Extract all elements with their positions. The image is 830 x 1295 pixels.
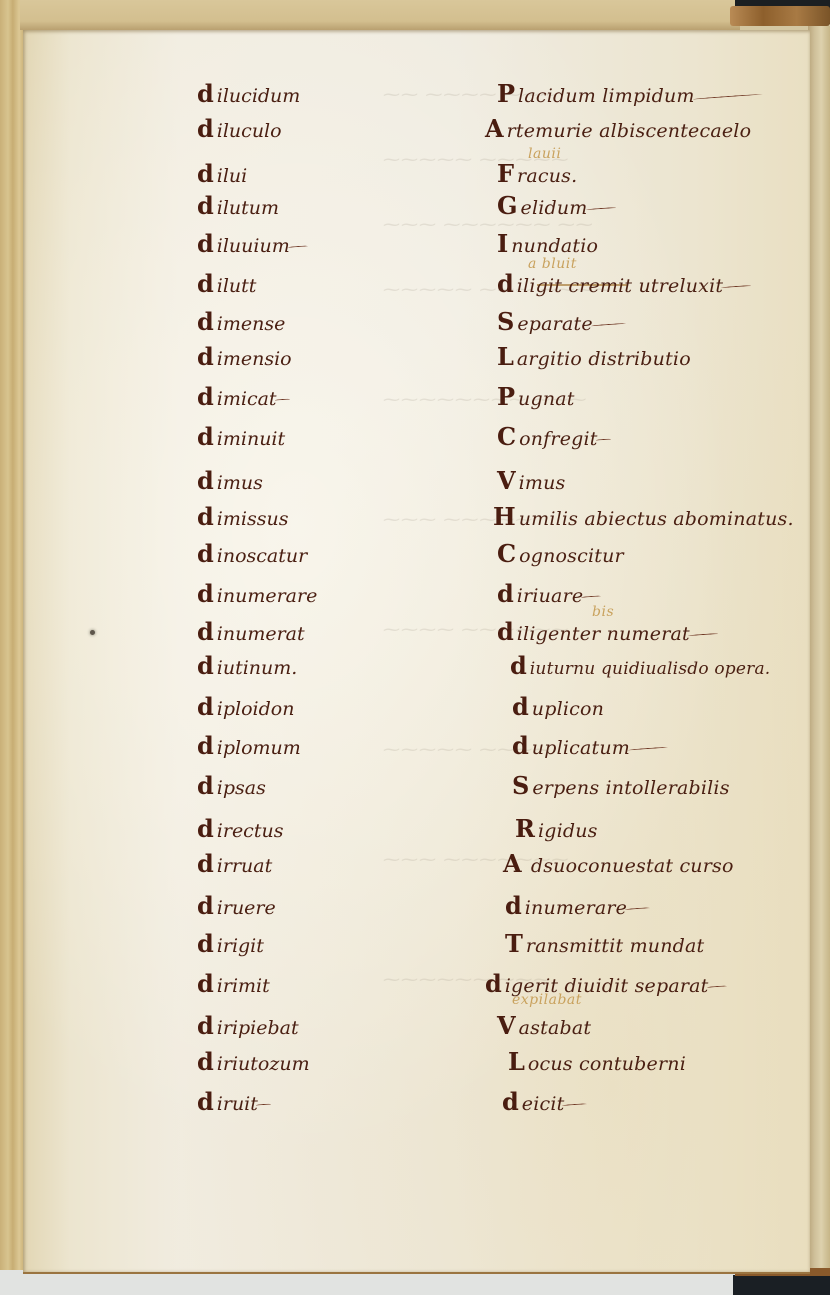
lemma-text: iruere xyxy=(217,897,276,919)
lemma-initial: d xyxy=(197,731,214,760)
line-flourish xyxy=(591,323,626,327)
glossary-entry: diutinum. diuturnu quidiualisdo opera. xyxy=(0,652,830,682)
gloss: Cognoscitur xyxy=(497,540,624,570)
lemma-text: irimit xyxy=(217,975,270,997)
lemma-text: ilucidum xyxy=(217,85,301,107)
gloss: diuturnu quidiualisdo opera. xyxy=(510,652,770,683)
glossary-entry: dilucidum Placidum limpidum xyxy=(0,80,830,110)
lemma-text: iplomum xyxy=(217,737,301,759)
lemma-initial: d xyxy=(197,969,214,998)
lemma-initial: d xyxy=(197,159,214,188)
lemma-initial: d xyxy=(197,539,214,568)
lemma: diriutozum xyxy=(197,1048,310,1078)
gloss-initial: L xyxy=(497,342,514,371)
gloss: Locus contuberni xyxy=(508,1048,686,1078)
glossary-entry: bis dinumerat diligenter numerat xyxy=(0,618,830,648)
lemma: dimensio xyxy=(197,343,292,373)
lemma: dinoscatur xyxy=(197,540,307,570)
lemma-initial: d xyxy=(197,307,214,336)
lemma: dilui xyxy=(197,160,247,190)
gloss-initial: V xyxy=(497,466,516,495)
gloss-text: uplicatum xyxy=(532,737,630,759)
gloss-text: eparate xyxy=(517,313,592,335)
gloss: Rigidus xyxy=(515,815,598,845)
gloss-initial: T xyxy=(505,929,523,958)
lemma-text: iluuium xyxy=(217,235,290,257)
gloss-text: ugnat xyxy=(518,388,575,410)
glossary-entry: diluuium Inundatio xyxy=(0,230,830,260)
gloss-initial: S xyxy=(497,307,514,336)
lemma: dimicat xyxy=(197,383,290,413)
gloss-initial: R xyxy=(515,814,535,843)
lemma: dinumerat xyxy=(197,618,305,648)
glossary-entry: dimense Separate xyxy=(0,308,830,338)
line-flourish xyxy=(562,1103,587,1107)
lemma-text: inoscatur xyxy=(217,545,307,567)
gloss-text: ransmittit mundat xyxy=(526,935,705,957)
lemma-initial: d xyxy=(197,579,214,608)
gloss-initial: F xyxy=(497,159,514,188)
gloss: diriuare xyxy=(497,580,601,610)
lemma-text: imissus xyxy=(217,508,289,530)
gloss-text: iligit cremit utreluxit xyxy=(517,275,723,297)
lemma-initial: d xyxy=(197,269,214,298)
lemma-text: iriutozum xyxy=(217,1053,310,1075)
interlinear-gloss-note: expilabat xyxy=(512,992,582,1008)
gloss: Placidum limpidum xyxy=(497,80,763,110)
lemma: diluuium xyxy=(197,230,308,260)
gloss: diligit cremit utreluxit xyxy=(497,270,751,300)
gloss-initial: d xyxy=(497,579,514,608)
lemma-text: ipsas xyxy=(217,777,266,799)
gloss-text: umilis abiectus abominatus. xyxy=(519,508,794,530)
gloss-text: astabat xyxy=(519,1017,592,1039)
gloss: Humilis abiectus abominatus. xyxy=(493,503,794,533)
gloss-text: ocus contuberni xyxy=(528,1053,686,1075)
lemma-text: irigit xyxy=(217,935,264,957)
lemma-text: imus xyxy=(217,472,263,494)
lemma-initial: d xyxy=(197,502,214,531)
gloss-initial: L xyxy=(508,1047,525,1076)
glossary-entry: dimensio Largitio distributio xyxy=(0,343,830,373)
gloss-text: iuturnu quidiualisdo opera. xyxy=(530,659,771,679)
gloss: Confregit xyxy=(497,423,611,453)
glossary-entry: dilutum Gelidum xyxy=(0,192,830,222)
gloss-text: racus. xyxy=(517,165,577,187)
lemma: dimense xyxy=(197,308,285,338)
lemma: dimissus xyxy=(197,503,288,533)
gloss: Serpens intollerabilis xyxy=(512,772,730,802)
lemma-initial: d xyxy=(197,114,214,143)
gloss: Largitio distributio xyxy=(497,343,691,373)
lemma-text: iruit xyxy=(217,1093,258,1115)
glossary-entry: diruere dinumerare xyxy=(0,892,830,922)
lemma: diploidon xyxy=(197,693,294,723)
lemma-initial: d xyxy=(197,692,214,721)
glossary-entry: a bluit dilutt diligit cremit utreluxit xyxy=(0,270,830,300)
gloss-text: imus xyxy=(519,472,566,494)
lemma-text: iripiebat xyxy=(217,1017,299,1039)
line-flourish xyxy=(288,245,308,248)
glossary-entry: dirimit digerit diuidit separat xyxy=(0,970,830,1000)
gloss: Separate xyxy=(497,308,626,338)
glossary-entry: dinoscatur Cognoscitur xyxy=(0,540,830,570)
gloss-initial: d xyxy=(485,969,502,998)
glossary-columns: dilucidum Placidum limpidum diluculo Art… xyxy=(0,0,830,1295)
lemma: dirigit xyxy=(197,930,264,960)
lemma-initial: d xyxy=(197,1011,214,1040)
lemma-text: ilutt xyxy=(217,275,257,297)
glossary-entry: diruit deicit xyxy=(0,1088,830,1118)
lemma-initial: d xyxy=(197,771,214,800)
lemma-text: iluculo xyxy=(217,120,282,142)
gloss-initial: C xyxy=(497,422,516,451)
gloss: Pugnat xyxy=(497,383,575,413)
lemma-initial: d xyxy=(197,891,214,920)
lemma-initial: d xyxy=(197,382,214,411)
gloss-initial: d xyxy=(512,692,529,721)
lemma-initial: d xyxy=(197,651,214,680)
glossary-entry: dirigit Transmittit mundat xyxy=(0,930,830,960)
lemma: dilucidum xyxy=(197,80,300,110)
lemma: diripiebat xyxy=(197,1012,299,1042)
glossary-entry: dimus Vimus xyxy=(0,467,830,497)
lemma-initial: d xyxy=(197,466,214,495)
lemma-text: ilui xyxy=(217,165,247,187)
lemma-initial: d xyxy=(197,814,214,843)
lemma: diruere xyxy=(197,892,276,922)
lemma-initial: d xyxy=(197,1047,214,1076)
line-flourish xyxy=(596,438,611,441)
glossary-entry: expilabat diripiebat Vastabat xyxy=(0,1012,830,1042)
gloss-initial: C xyxy=(497,539,516,568)
line-flourish xyxy=(581,595,601,598)
glossary-entry: diluculo Artemurie albiscentecaelo xyxy=(0,115,830,145)
line-flourish xyxy=(721,285,751,289)
lemma: diruit xyxy=(197,1088,271,1118)
lemma-initial: d xyxy=(197,617,214,646)
line-flourish xyxy=(275,398,290,401)
lemma-text: iminuit xyxy=(217,428,285,450)
gloss-initial: d xyxy=(510,651,527,680)
gloss: Vastabat xyxy=(497,1012,591,1042)
lemma: dilutum xyxy=(197,192,279,222)
glossary-entry: dimissus Humilis abiectus abominatus. xyxy=(0,503,830,533)
gloss: Transmittit mundat xyxy=(505,930,704,960)
glossary-entry: diriutozum Locus contuberni xyxy=(0,1048,830,1078)
gloss-initial: d xyxy=(512,731,529,760)
lemma-text: iploidon xyxy=(217,698,295,720)
gloss-initial: d xyxy=(497,617,514,646)
gloss-initial: I xyxy=(497,229,508,258)
gloss-text: ognoscitur xyxy=(519,545,624,567)
glossary-entry: dinumerare diriuare xyxy=(0,580,830,610)
gloss: deicit xyxy=(502,1088,587,1118)
lemma-text: irruat xyxy=(217,855,272,877)
lemma: dilutt xyxy=(197,270,256,300)
gloss: A dsuoconuestat curso xyxy=(503,850,734,880)
glossary-entry: directus Rigidus xyxy=(0,815,830,845)
lemma: dipsas xyxy=(197,772,266,802)
lemma: dirimit xyxy=(197,970,270,1000)
line-flourish xyxy=(256,1103,271,1106)
gloss: dinumerare xyxy=(505,892,650,922)
gloss: Fracus. xyxy=(497,160,577,190)
gloss: duplicon xyxy=(512,693,604,723)
gloss: duplicatum xyxy=(512,732,668,762)
gloss-initial: P xyxy=(497,382,515,411)
line-flourish xyxy=(693,94,763,101)
lemma-text: iutinum. xyxy=(217,657,298,679)
lemma: dirruat xyxy=(197,850,272,880)
gloss-initial: V xyxy=(497,1011,516,1040)
gloss-initial: S xyxy=(512,771,529,800)
glossary-entry: diminuit Confregit xyxy=(0,423,830,453)
gloss-text: dsuoconuestat curso xyxy=(525,855,734,877)
lemma: diminuit xyxy=(197,423,285,453)
lemma: dinumerare xyxy=(197,580,317,610)
gloss-initial: P xyxy=(497,79,515,108)
lemma: diluculo xyxy=(197,115,282,145)
gloss-initial: d xyxy=(497,269,514,298)
gloss: Gelidum xyxy=(497,192,616,222)
gloss-text: eicit xyxy=(522,1093,565,1115)
lemma-initial: d xyxy=(197,342,214,371)
gloss: Vimus xyxy=(497,467,566,497)
lemma-text: imicat xyxy=(217,388,277,410)
gloss-text: iriuare xyxy=(517,585,584,607)
lemma: dimus xyxy=(197,467,263,497)
gloss-text: rtemurie albiscentecaelo xyxy=(507,120,752,142)
gloss-initial: d xyxy=(502,1087,519,1116)
lemma-initial: d xyxy=(197,1087,214,1116)
lemma-initial: d xyxy=(197,229,214,258)
lemma: diplomum xyxy=(197,732,301,762)
gloss-text: onfregit xyxy=(519,428,598,450)
gloss-text: argitio distributio xyxy=(517,348,691,370)
glossary-entry: diplomum duplicatum xyxy=(0,732,830,762)
lemma-text: inumerare xyxy=(217,585,318,607)
glossary-entry: dipsas Serpens intollerabilis xyxy=(0,772,830,802)
glossary-entry: dirruat A dsuoconuestat curso xyxy=(0,850,830,880)
gloss-initial: G xyxy=(497,191,518,220)
gloss-initial: A xyxy=(503,849,522,878)
lemma-text: imensio xyxy=(217,348,292,370)
gloss-text: uplicon xyxy=(532,698,604,720)
line-flourish xyxy=(585,207,615,211)
lemma: diutinum. xyxy=(197,652,297,682)
gloss-initial: d xyxy=(505,891,522,920)
lemma-initial: d xyxy=(197,191,214,220)
gloss: diligenter numerat xyxy=(497,618,718,648)
lemma-initial: d xyxy=(197,849,214,878)
line-flourish xyxy=(625,907,650,911)
gloss-text: igidus xyxy=(538,820,598,842)
gloss-text: inumerare xyxy=(525,897,627,919)
lemma: directus xyxy=(197,815,283,845)
line-flourish xyxy=(628,747,668,752)
gloss-initial: A xyxy=(485,114,504,143)
line-flourish xyxy=(688,633,718,637)
lemma-initial: d xyxy=(197,422,214,451)
gloss-text: elidum xyxy=(521,197,588,219)
gloss-initial: H xyxy=(493,502,516,531)
gloss-text: nundatio xyxy=(511,235,598,257)
lemma-text: ilutum xyxy=(217,197,279,219)
gloss: Artemurie albiscentecaelo xyxy=(485,115,751,145)
lemma-text: imense xyxy=(217,313,286,335)
glossary-entry: dimicat Pugnat xyxy=(0,383,830,413)
gloss-text: iligenter numerat xyxy=(517,623,690,645)
lemma-text: inumerat xyxy=(217,623,305,645)
line-flourish xyxy=(706,985,726,988)
glossary-entry: diploidon duplicon xyxy=(0,693,830,723)
gloss-text: erpens intollerabilis xyxy=(532,777,729,799)
lemma-initial: d xyxy=(197,929,214,958)
glossary-entry: lauii dilui Fracus. xyxy=(0,160,830,190)
lemma-text: irectus xyxy=(217,820,284,842)
gloss-text: lacidum limpidum xyxy=(518,85,695,107)
lemma-initial: d xyxy=(197,79,214,108)
